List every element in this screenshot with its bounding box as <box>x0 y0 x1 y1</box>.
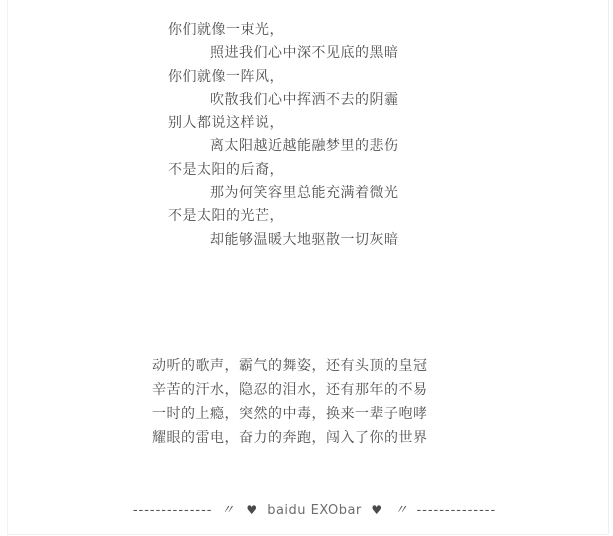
poem-line: 不是太阳的后裔， <box>168 159 399 182</box>
poem-line: 你们就像一束光， <box>168 19 399 42</box>
poem-line: 一时的上瘾，突然的中毒，换来一辈子咆哮 <box>152 402 428 426</box>
poem-line: 别人都说这样说， <box>168 112 399 135</box>
poem-line: 那为何笑容里总能充满着微光 <box>168 182 399 205</box>
poem-line: 却能够温暖大地驱散一切灰暗 <box>168 229 399 252</box>
verse-1: 你们就像一束光， 照进我们心中深不见底的黑暗 你们就像一阵风， 吹散我们心中挥洒… <box>168 19 399 252</box>
heart-icon: ♥ <box>246 503 257 517</box>
footer-quote-close: 〃 <box>394 503 408 518</box>
lyrics-card: 你们就像一束光， 照进我们心中深不见底的黑暗 你们就像一阵风， 吹散我们心中挥洒… <box>7 0 609 535</box>
footer-dashes-right: -------------- <box>416 503 496 518</box>
poem-line: 离太阳越近越能融梦里的悲伤 <box>168 135 399 158</box>
poem-line: 你们就像一阵风， <box>168 66 399 89</box>
poem-line: 不是太阳的光芒， <box>168 205 399 228</box>
footer-quote-open: 〃 <box>221 503 235 518</box>
footer-bar-title: baidu EXObar <box>267 503 362 518</box>
poem-line: 照进我们心中深不见底的黑暗 <box>168 42 399 65</box>
poem-line: 耀眼的雷电，奋力的奔跑，闯入了你的世界 <box>152 426 428 450</box>
heart-icon: ♥ <box>371 503 382 517</box>
footer-dashes-left: -------------- <box>133 503 213 518</box>
poem-line: 吹散我们心中挥洒不去的阴霾 <box>168 89 399 112</box>
poem-line: 动听的歌声，霸气的舞姿，还有头顶的皇冠 <box>152 354 428 378</box>
footer-signature: -------------- 〃 ♥ baidu EXObar ♥ 〃 ----… <box>8 499 613 518</box>
poem-line: 辛苦的汗水，隐忍的泪水，还有那年的不易 <box>152 378 428 402</box>
verse-2: 动听的歌声，霸气的舞姿，还有头顶的皇冠 辛苦的汗水，隐忍的泪水，还有那年的不易 … <box>152 354 428 450</box>
